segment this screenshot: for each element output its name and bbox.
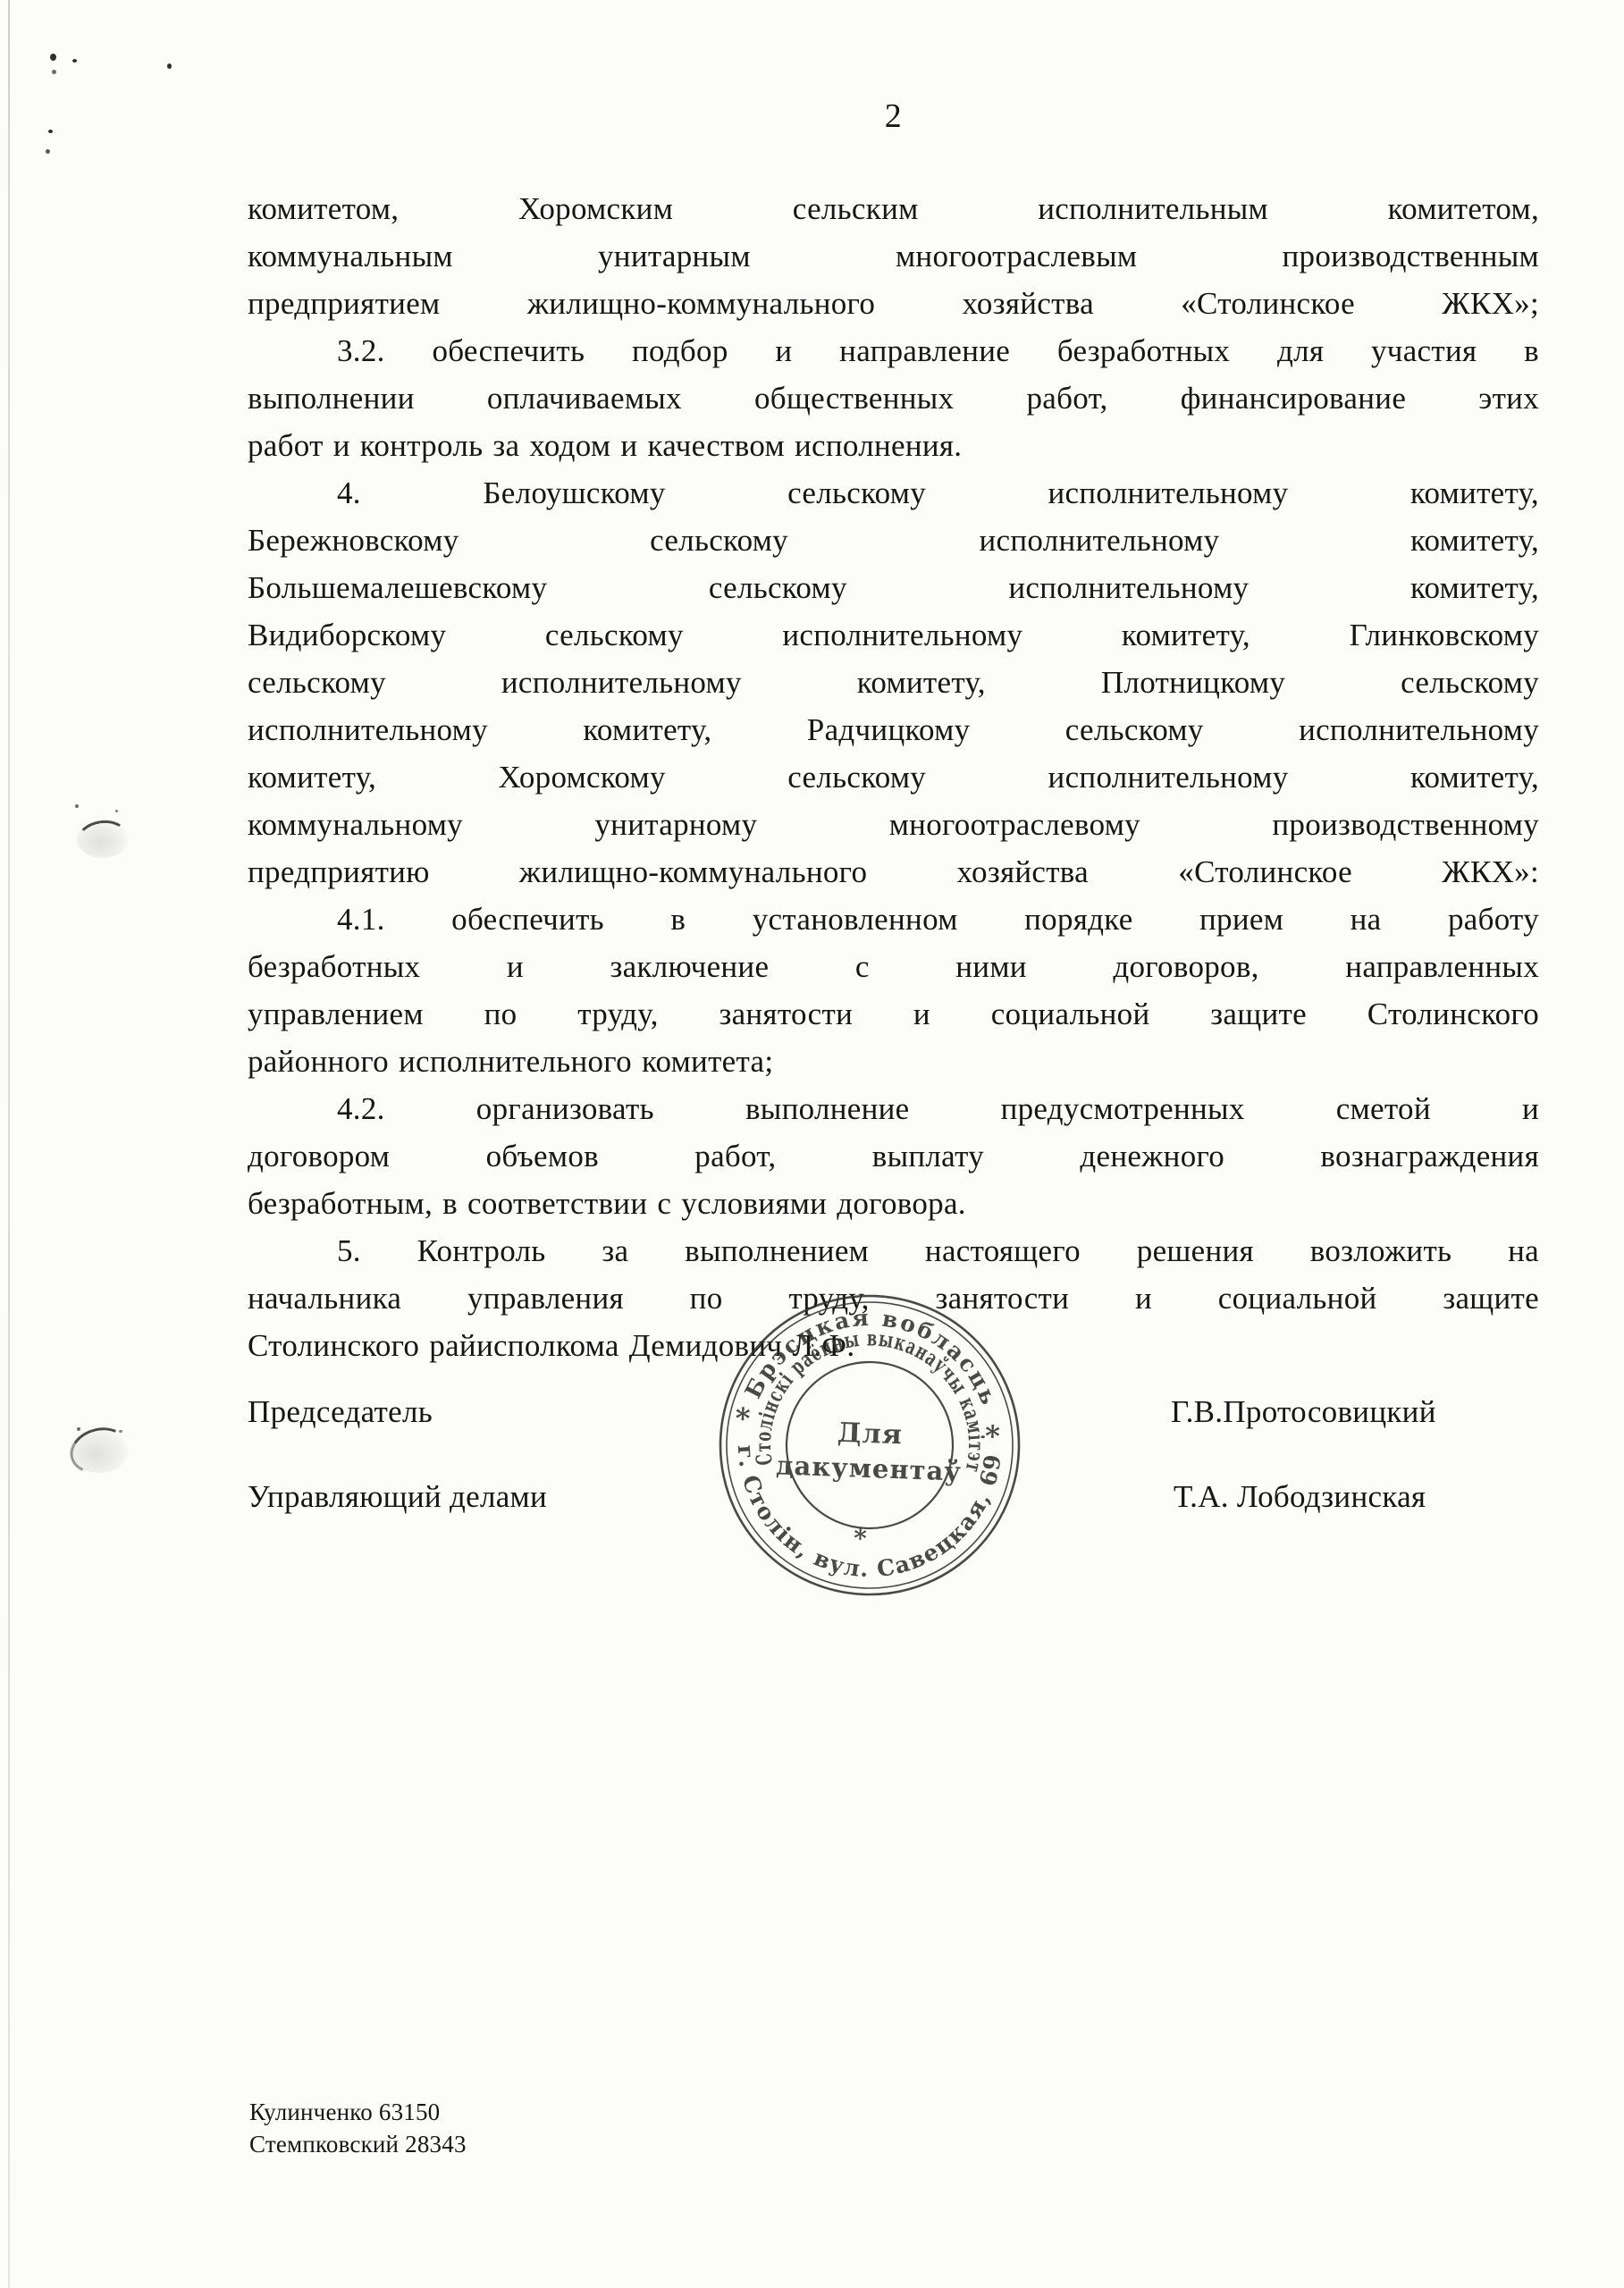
signature-title: Председатель	[248, 1394, 433, 1429]
footer-line: Кулинченко 63150	[249, 2096, 467, 2128]
signature-name: Г.В.Протосовицкий	[1171, 1394, 1436, 1430]
hole-punch-shadow	[77, 820, 129, 858]
ink-speck	[52, 70, 56, 74]
stamp-asterisk-bottom: *	[853, 1523, 867, 1553]
scan-edge-artifact	[8, 0, 10, 2288]
stamp-asterisk-right: *	[984, 1419, 1000, 1454]
document-line: предприятию жилищно-коммунального хозяйс…	[248, 848, 1539, 896]
document-line: сельскому исполнительному комитету, Плот…	[248, 659, 1539, 706]
document-line: Бережновскому сельскому исполнительному …	[248, 517, 1539, 564]
ink-speck	[50, 54, 56, 61]
document-line: исполнительному комитету, Радчицкому сел…	[248, 706, 1539, 753]
document-line: 4.2. организовать выполнение предусмотре…	[248, 1085, 1539, 1132]
document-line: комитетом, Хоромским сельским исполнител…	[248, 185, 1539, 232]
document-line: выполнении оплачиваемых общественных раб…	[248, 374, 1539, 422]
document-line: Видиборскому сельскому исполнительному к…	[248, 611, 1539, 659]
signature-title: Управляющий делами	[248, 1479, 547, 1514]
document-line: районного исполнительного комитета;	[248, 1038, 1539, 1085]
signature-name: Т.А. Лободзинская	[1174, 1479, 1426, 1515]
punch-shadow-arc	[75, 818, 131, 862]
punch-shadow-arc	[64, 1421, 133, 1480]
document-line: безработных и заключение с ними договоро…	[248, 943, 1539, 990]
document-line: 4. Белоушскому сельскому исполнительному…	[248, 469, 1539, 517]
document-body: комитетом, Хоромским сельским исполнител…	[248, 185, 1539, 1369]
document-line: 4.1. обеспечить в установленном порядке …	[248, 896, 1539, 943]
stamp-asterisk-left: *	[735, 1401, 751, 1436]
document-footer: Кулинченко 63150 Стемпковский 28343	[249, 2096, 467, 2160]
ink-speck	[46, 149, 50, 154]
document-line: работ и контроль за ходом и качеством ис…	[248, 422, 1539, 469]
ink-speck	[72, 59, 77, 63]
ink-speck	[115, 810, 118, 812]
ink-speck	[48, 130, 53, 133]
page-number: 2	[248, 97, 1539, 136]
document-line: коммунальным унитарным многоотраслевым п…	[248, 232, 1539, 280]
document-line: комитету, Хоромскому сельскому исполните…	[248, 753, 1539, 801]
official-stamp: Брэсцкая вобласць г. Столін, вул. Савецк…	[685, 1260, 1055, 1630]
ink-speck	[167, 63, 172, 69]
footer-line: Стемпковский 28343	[249, 2128, 467, 2160]
document-line: безработным, в соответствии с условиями …	[248, 1180, 1539, 1227]
ink-speck	[75, 804, 79, 808]
document-line: управлением по труду, занятости и социал…	[248, 990, 1539, 1038]
stamp-center-line2: дакументаў	[776, 1450, 963, 1486]
hole-punch-shadow	[70, 1428, 129, 1473]
document-line: договором объемов работ, выплату денежно…	[248, 1132, 1539, 1180]
document-line: коммунальному унитарному многоотраслевом…	[248, 801, 1539, 848]
stamp-center-line1: Для	[837, 1417, 903, 1451]
scanned-document-page: 2 комитетом, Хоромским сельским исполнит…	[0, 0, 1624, 2288]
document-line: предприятием жилищно-коммунального хозяй…	[248, 280, 1539, 327]
document-line: 3.2. обеспечить подбор и направление без…	[248, 327, 1539, 374]
document-line: Большемалешевскому сельскому исполнитель…	[248, 564, 1539, 611]
